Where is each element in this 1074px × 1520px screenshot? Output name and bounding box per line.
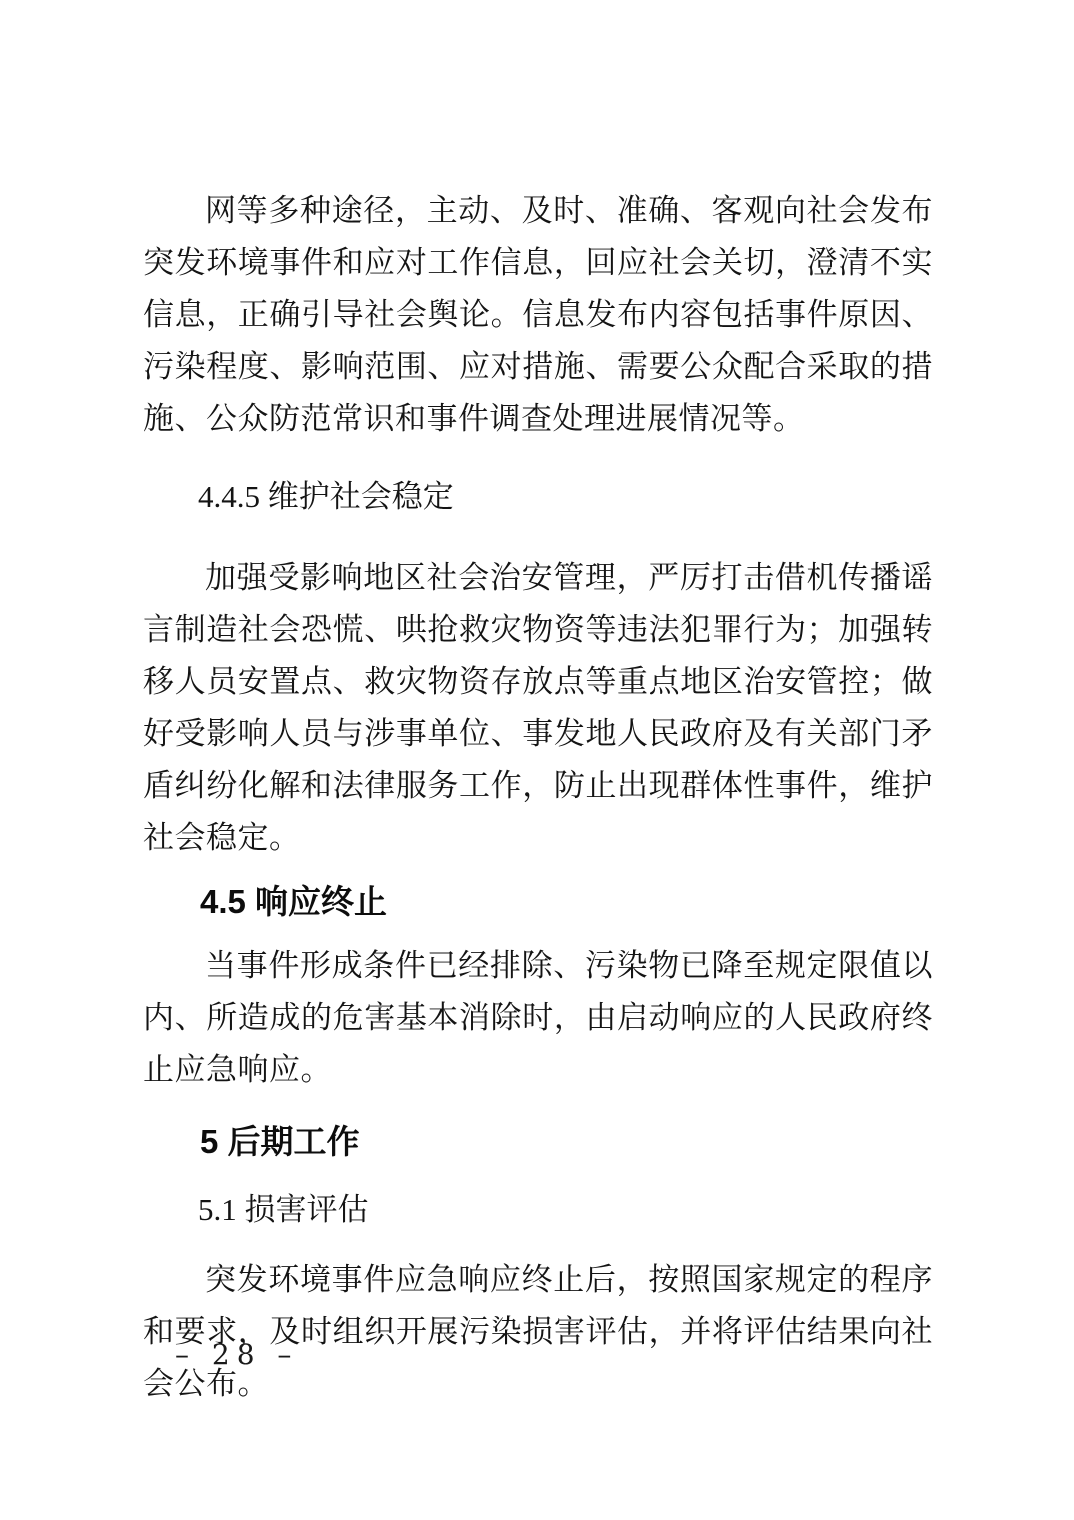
paragraph-damage-assessment: 突发环境事件应急响应终止后，按照国家规定的程序和要求，及时组织开展污染损害评估，… <box>143 1254 933 1410</box>
heading-4-4-5-maintain-social-stability: 4.4.5 维护社会稳定 <box>143 475 933 519</box>
heading-5-1-damage-assessment: 5.1 损害评估 <box>143 1188 933 1232</box>
document-page: 网等多种途径，主动、及时、准确、客观向社会发布突发环境事件和应对工作信息，回应社… <box>0 0 1074 1520</box>
paragraph-response-termination: 当事件形成条件已经排除、污染物已降至规定限值以内、所造成的危害基本消除时，由启动… <box>143 940 933 1096</box>
paragraph-social-stability: 加强受影响地区社会治安管理，严厉打击借机传播谣言制造社会恐慌、哄抢救灾物资等违法… <box>143 552 933 864</box>
heading-4-5-response-termination: 4.5 响应终止 <box>143 878 933 926</box>
page-number: – 28 – <box>175 1338 298 1371</box>
paragraph-information-release: 网等多种途径，主动、及时、准确、客观向社会发布突发环境事件和应对工作信息，回应社… <box>143 185 933 445</box>
heading-5-later-stage-work: 5 后期工作 <box>143 1118 933 1166</box>
document-body: 网等多种途径，主动、及时、准确、客观向社会发布突发环境事件和应对工作信息，回应社… <box>143 185 933 1410</box>
